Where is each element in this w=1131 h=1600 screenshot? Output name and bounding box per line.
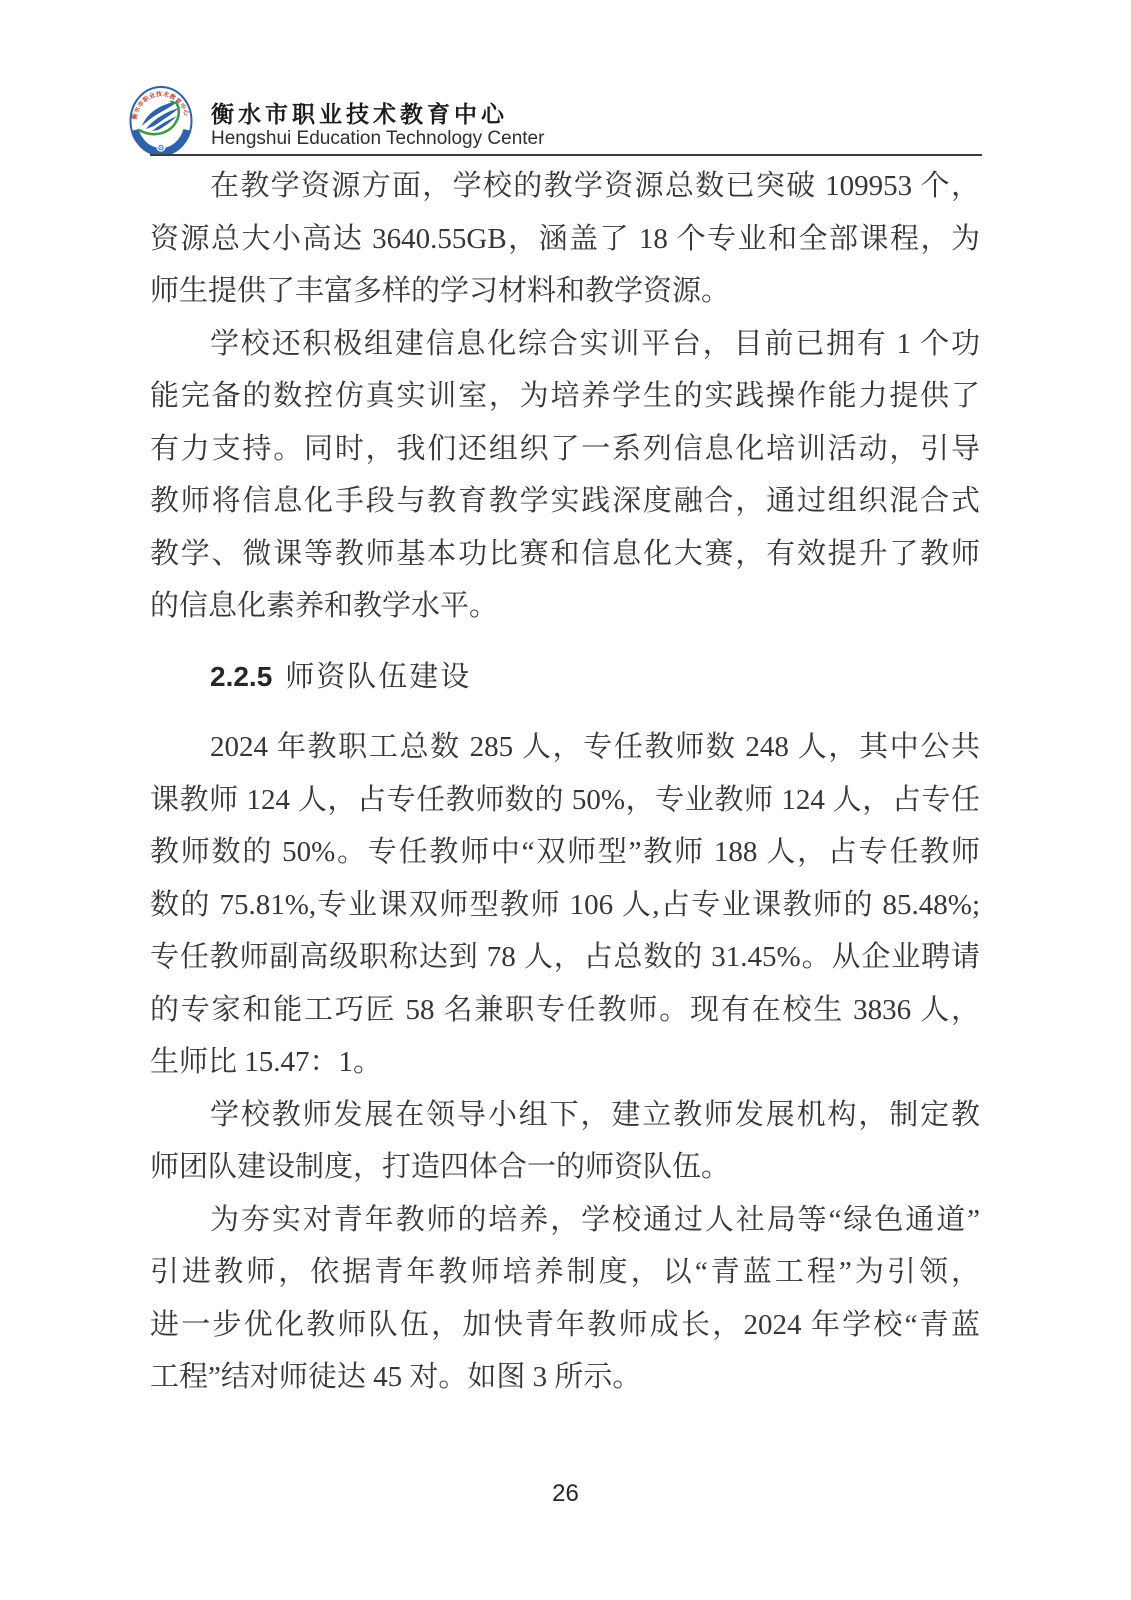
paragraph-line: 能完备的数控仿真实训室，为培养学生的实践操作能力提供了 [150, 370, 980, 423]
section-heading: 2.2.5师资队伍建设 [150, 651, 980, 704]
document-page: 衡水市职业技术教育中心 ⚙ 衡水市职业技术教育中心 Hengshui Educa… [0, 0, 1131, 1600]
paragraph-line: 进一步优化教师队伍，加快青年教师成长，2024 年学校“青蓝 [150, 1299, 980, 1352]
page-number: 26 [0, 1480, 1131, 1508]
paragraph-line: 学校教师发展在领导小组下，建立教师发展机构，制定教 [150, 1089, 980, 1142]
paragraph-line: 工程”结对师徒达 45 对。如图 3 所示。 [150, 1351, 980, 1404]
paragraph-line: 为夯实对青年教师的培养，学校通过人社局等“绿色通道” [150, 1194, 980, 1247]
paragraph-line: 有力支持。同时，我们还组织了一系列信息化培训活动，引导 [150, 423, 980, 476]
paragraph-line: 专任教师副高级职称达到 78 人，占总数的 31.45%。从企业聘请 [150, 931, 980, 984]
document-body: 在教学资源方面，学校的教学资源总数已突破 109953 个， 资源总大小高达 3… [150, 160, 980, 1404]
paragraph-line: 师团队建设制度，打造四体合一的师资队伍。 [150, 1141, 980, 1194]
org-name-en: Hengshui Education Technology Center [211, 128, 544, 150]
paragraph-line: 教学、微课等教师基本功比赛和信息化大赛，有效提升了教师 [150, 528, 980, 581]
paragraph-line: 师生提供了丰富多样的学习材料和教学资源。 [150, 265, 980, 318]
section-title: 师资队伍建设 [285, 661, 471, 693]
paragraph-line: 引进教师，依据青年教师培养制度，以“青蓝工程”为引领， [150, 1246, 980, 1299]
paragraph-line: 课教师 124 人，占专任教师数的 50%，专业教师 124 人，占专任 [150, 774, 980, 827]
paragraph-line: 学校还积极组建信息化综合实训平台，目前已拥有 1 个功 [150, 318, 980, 371]
section-number: 2.2.5 [210, 661, 272, 692]
org-name-zh: 衡水市职业技术教育中心 [211, 96, 508, 129]
paragraph-line: 数的 75.81%,专业课双师型教师 106 人,占专业课教师的 85.48%; [150, 879, 980, 932]
paragraph-line: 在教学资源方面，学校的教学资源总数已突破 109953 个， [150, 160, 980, 213]
paragraph-line: 资源总大小高达 3640.55GB，涵盖了 18 个专业和全部课程，为 [150, 213, 980, 266]
school-logo-icon: 衡水市职业技术教育中心 ⚙ [128, 83, 194, 159]
paragraph-line: 2024 年教职工总数 285 人，专任教师数 248 人，其中公共 [150, 721, 980, 774]
paragraph-line: 的专家和能工巧匠 58 名兼职专任教师。现有在校生 3836 人， [150, 984, 980, 1037]
gear-icon: ⚙ [157, 143, 164, 152]
header-rule [150, 154, 982, 156]
paragraph-line: 生师比 15.47：1。 [150, 1036, 980, 1089]
paragraph-line: 教师将信息化手段与教育教学实践深度融合，通过组织混合式 [150, 475, 980, 528]
paragraph-line: 的信息化素养和教学水平。 [150, 580, 980, 633]
paragraph-line: 教师数的 50%。专任教师中“双师型”教师 188 人，占专任教师 [150, 826, 980, 879]
